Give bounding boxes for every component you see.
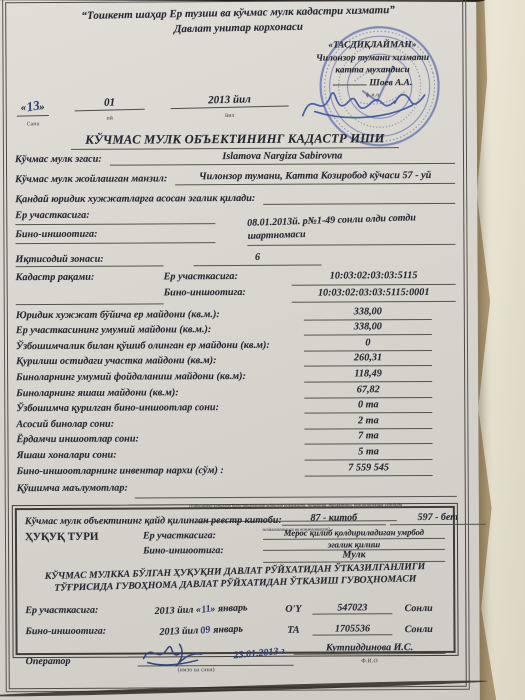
metric-label: Ёрдамчи иншоотлар сони: bbox=[16, 432, 304, 447]
metric-value: 338,00 bbox=[304, 320, 432, 336]
metric-value: 5 та bbox=[305, 445, 433, 461]
cadastre-number-block: Кадастр рақами: Ер участкасига: Бино-инш… bbox=[16, 269, 456, 305]
metric-value: 7 559 545 bbox=[305, 461, 433, 477]
metric-label: Яшаш хоналари сони: bbox=[17, 448, 305, 463]
metric-value: 118,49 bbox=[304, 367, 432, 383]
document-title: КЎЧМАС МУЛК ОБЪЕКТИНИНГ КАДАСТР ИШИ bbox=[15, 129, 455, 149]
owner-label: Кўчмас мулк эгаси: bbox=[15, 153, 102, 166]
metric-label: Биноларнинг яшаш майдони (кв.м): bbox=[16, 385, 304, 400]
handwritten-cert-day1: 11 bbox=[200, 603, 211, 615]
cadastre-building-label: Бино-иншоотига: bbox=[164, 286, 292, 303]
legal-land-label: Ер участкасига: bbox=[15, 208, 215, 225]
metric-value: 338,00 bbox=[304, 305, 432, 321]
metric-row: Бино-иншоотларнинг инвентар нархи (сўм) … bbox=[17, 463, 457, 478]
operator-name-block: Кутпиддинова И.С. Ф.И.О bbox=[294, 641, 446, 665]
registry-box: Кўчмас мулк объектининг қайд қилинган ре… bbox=[15, 506, 456, 655]
additional-label: Қўшимча маълумотлар: bbox=[17, 479, 457, 494]
metric-label: Ўзбошимча қурилган бино-иншоотлар сони: bbox=[16, 401, 304, 416]
rights-land-value-line1: Мерос қилиб қолдириладиган умрбод bbox=[263, 527, 445, 539]
metric-value: 2 та bbox=[304, 414, 432, 430]
approval-line1: Чилонзор тумани хизмати bbox=[286, 51, 458, 64]
date-day-label: Сана bbox=[27, 121, 40, 127]
legal-basis-row: Қандай юридик хужжатларга асосан эгалик … bbox=[15, 189, 455, 206]
date-month: 01 bbox=[74, 96, 144, 112]
rights-title: ҲУҚУҚ ТУРИ bbox=[25, 528, 143, 563]
address-label: Кўчмас мулк жойлашган манзил: bbox=[15, 172, 167, 186]
shoev-signature-icon bbox=[295, 81, 445, 128]
registry-row: Кўчмас мулк объектининг қайд қилинган ре… bbox=[25, 512, 445, 527]
address-row: Кўчмас мулк жойлашган манзил: Чилонзор т… bbox=[15, 169, 455, 186]
registry-book-value: 87 - китоб bbox=[282, 512, 386, 526]
operator-signature-area: 23.01.2013 г. (имзо ва сана) bbox=[138, 639, 294, 666]
operator-fio-note: Ф.И.О bbox=[361, 658, 378, 664]
address-value: Чилонзор тумани, Катта Козиробод кўчаси … bbox=[175, 169, 455, 185]
approval-title: «ТАСДИҚЛАЙМАН» bbox=[286, 39, 458, 52]
cert-building-series: ТА bbox=[274, 624, 313, 635]
metric-label: Бино-иншоотларнинг инвентар нархи (сўм) … bbox=[17, 463, 305, 478]
operator-name: Кутпиддинова И.С. bbox=[294, 641, 446, 654]
metric-value: 7 та bbox=[304, 429, 432, 445]
date-month-label: ой bbox=[107, 115, 113, 121]
handwritten-cert-day2: 09 bbox=[200, 624, 212, 636]
economic-zone-row: Иқтисодий зонаси: 6 bbox=[15, 250, 455, 267]
rights-land-label: Ер участкасига: bbox=[143, 530, 263, 544]
cert-land-label: Ер участкасига: bbox=[25, 604, 128, 616]
legal-basis-value: 08.01.2013й. р№1-49 сонли олди сотди шар… bbox=[247, 209, 456, 242]
metric-label: Асосий бинолар сони: bbox=[16, 416, 304, 431]
owner-value: Islamova Nargiza Sabirovna bbox=[110, 149, 455, 166]
metric-label: Биноларнинг умумий фойдаланиш майдони (к… bbox=[16, 370, 304, 385]
additional-row: Қўшимча маълумотлар: bbox=[17, 478, 457, 494]
economic-zone-label: Иқтисодий зонаси: bbox=[15, 252, 163, 267]
metric-value: 0 та bbox=[304, 398, 432, 414]
cert-building-number: 1705536 bbox=[313, 623, 392, 635]
metric-value: 260,31 bbox=[304, 351, 432, 367]
metric-label: Юридик хужжат бўйича ер майдони (кв.м.): bbox=[16, 307, 304, 322]
legal-building-label: Бино-иншоотига: bbox=[15, 227, 215, 244]
cert-building-label: Бино-иншоотига: bbox=[25, 625, 128, 637]
metric-value: 0 bbox=[304, 336, 432, 352]
legal-basis-detail: Ер участкасига: Бино-иншоотига: 08.01.20… bbox=[15, 207, 455, 247]
operator-label: Оператор bbox=[26, 655, 138, 667]
sign-date-note: (имзо ва сана) bbox=[178, 667, 215, 673]
owner-row: Кўчмас мулк эгаси: Islamova Nargiza Sabi… bbox=[15, 149, 455, 166]
cert-land-suffix: Сонли bbox=[392, 602, 445, 613]
date-year-segment: 2013 йил йил bbox=[170, 93, 289, 126]
photo-background: “Тошкент шаҳар Ер тузиш ва кўчмас мулк к… bbox=[0, 0, 525, 700]
economic-zone-value: 6 bbox=[193, 251, 321, 267]
legal-basis-label: Қандай юридик хужжатларга асосан эгалик … bbox=[15, 192, 255, 206]
certificate-row-land: Ер участкасига: 2013 йил «11» январь O'Y… bbox=[25, 592, 445, 615]
handwritten-day: 13 bbox=[25, 97, 41, 115]
handwritten-operator-date: 23.01.2013 г. bbox=[233, 645, 287, 661]
photo-bottom-edge bbox=[0, 679, 488, 699]
approval-line2: катта мухандиси bbox=[287, 64, 459, 77]
cert-building-suffix: Сонли bbox=[392, 623, 445, 634]
cert-land-series: O'Y bbox=[274, 603, 313, 614]
cadastre-label: Кадастр рақами: bbox=[16, 270, 164, 305]
registry-label: Кўчмас мулк объектининг қайд қилинган ре… bbox=[25, 515, 282, 527]
cadastre-land-label: Ер участкасига: bbox=[164, 270, 292, 287]
date-day-segment: «13» Сана bbox=[16, 98, 49, 129]
rights-type-block: ҲУҚУҚ ТУРИ Ер участкасига: Бино-иншоотиг… bbox=[25, 527, 445, 564]
certificate-heading: КЎЧМАС МУЛККА БЎЛГАН ҲУҚУҚНИ ДАВЛАТ РЎЙХ… bbox=[25, 560, 445, 595]
main-fields: Кўчмас мулк эгаси: Islamova Nargiza Sabi… bbox=[15, 149, 457, 537]
legal-basis-filler-line bbox=[263, 189, 455, 205]
date-year-label: йил bbox=[225, 113, 235, 119]
metric-label: Ўзбошимчалик билан қўшиб олинган ер майд… bbox=[16, 338, 304, 353]
certificate-row-building: Бино-иншоотига: 2013 йил 09 январь ТА 17… bbox=[25, 613, 445, 636]
rights-building-label: Бино-иншоотига: bbox=[143, 545, 263, 559]
operator-signature-icon bbox=[140, 639, 240, 666]
cadastre-land-value: 10:03:02:03:03:5115 bbox=[292, 269, 456, 286]
metric-value: 67,82 bbox=[304, 383, 432, 399]
legal-basis-value-cell: 08.01.2013й. р№1-49 сонли олди сотди шар… bbox=[247, 207, 455, 246]
document-sheet: “Тошкент шаҳар Ер тузиш ва кўчмас мулк к… bbox=[0, 0, 480, 700]
date-month-segment: 01 ой bbox=[74, 96, 145, 128]
date-line: «13» Сана 01 ой 2013 йил йил bbox=[16, 92, 307, 129]
cadastre-building-value: 10:03:02:03:03:5115:0001 bbox=[292, 286, 456, 303]
metric-label: Ер участкасининг умумий майдони (кв.м.): bbox=[16, 323, 304, 338]
metric-label: Қурилиш остидаги участка майдони (кв.м): bbox=[16, 354, 304, 369]
cert-land-number: 547023 bbox=[313, 602, 392, 614]
operator-row: Оператор 23.01.2013 г. (имзо ва сана) Ку… bbox=[25, 634, 445, 666]
registry-page-value: 597 - бет bbox=[390, 512, 486, 526]
date-year: 2013 йил bbox=[170, 93, 288, 110]
